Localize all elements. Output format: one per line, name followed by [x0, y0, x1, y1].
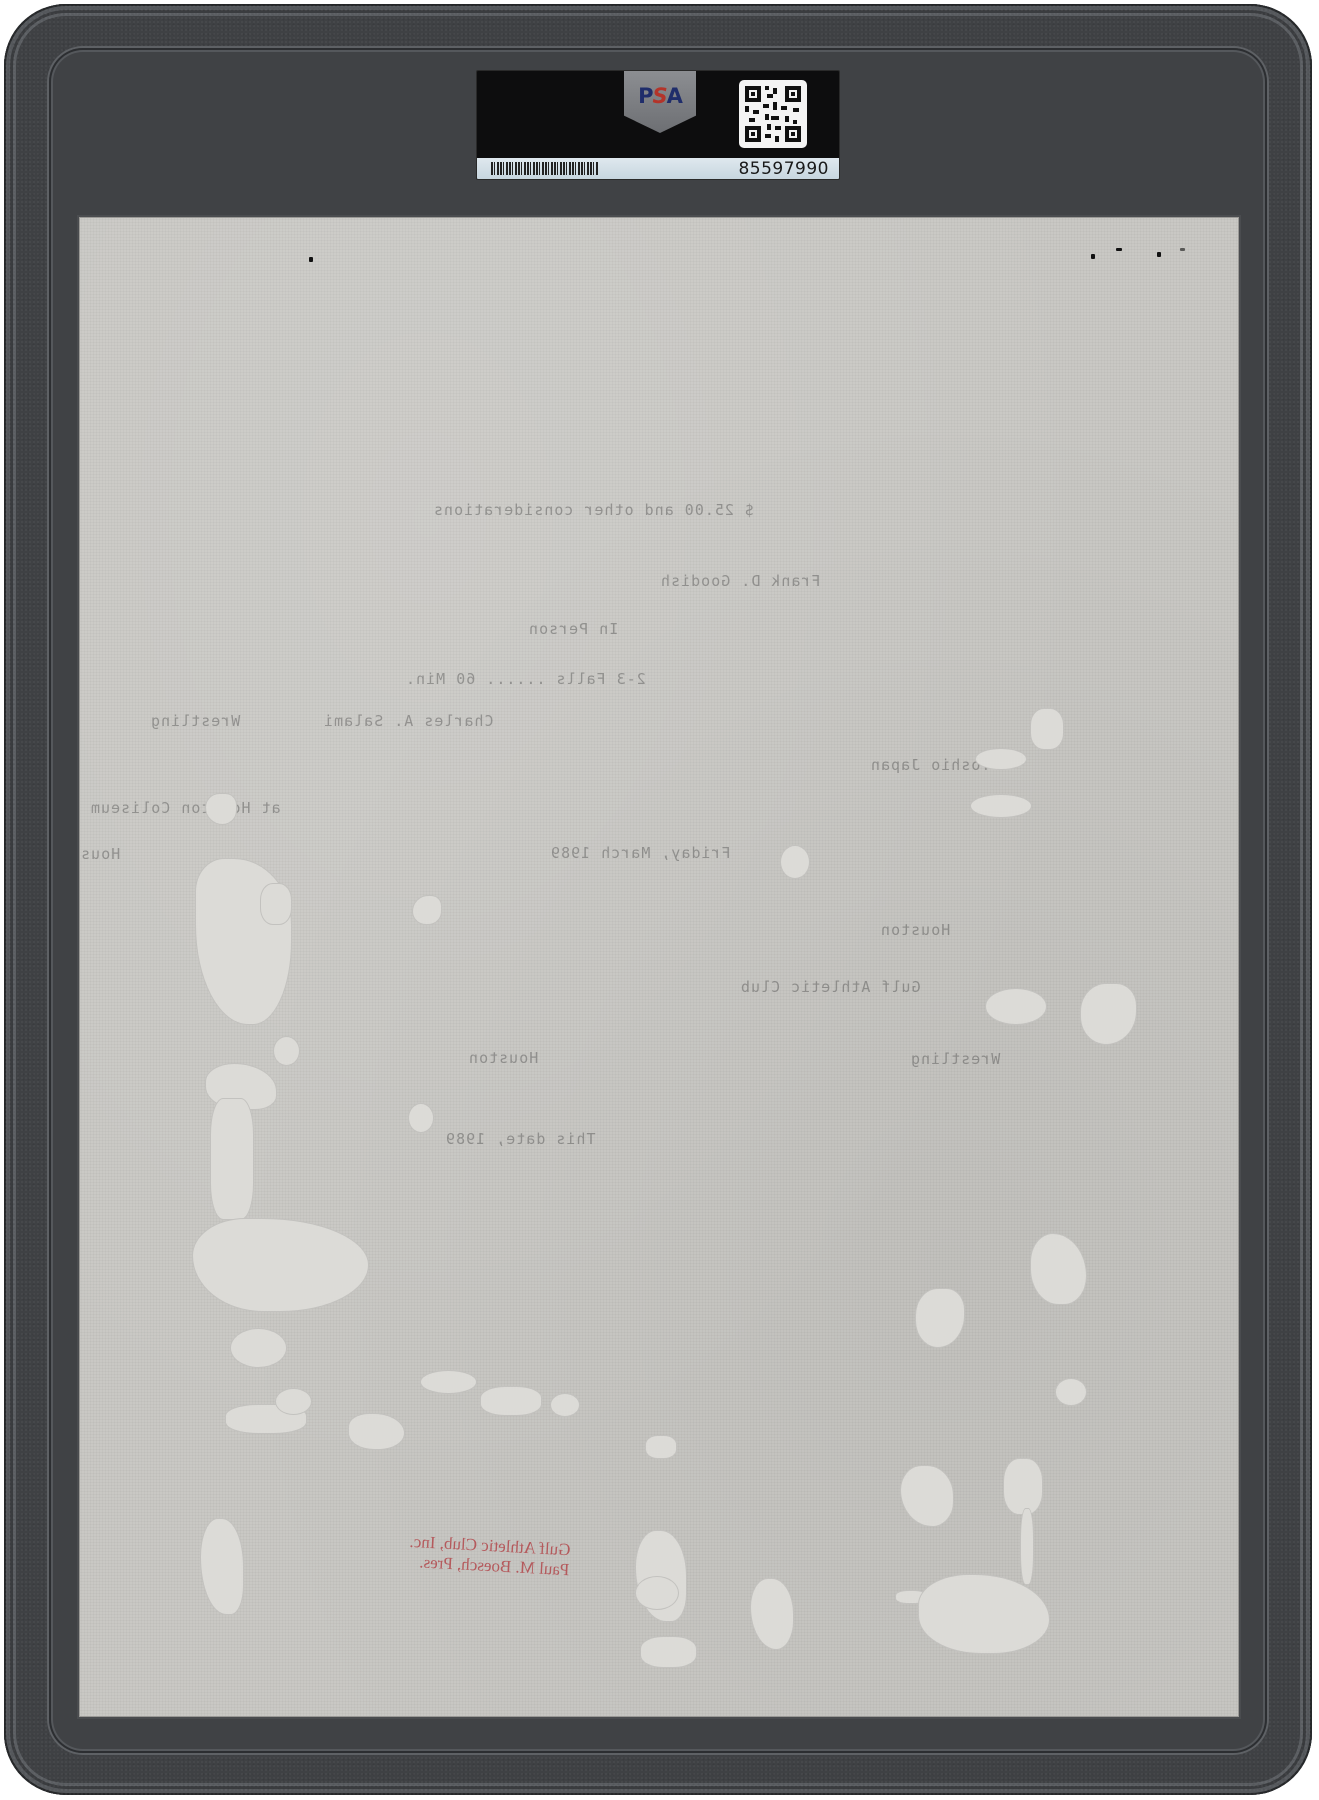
glue-stain: [750, 1578, 794, 1650]
ink-dot: [1116, 248, 1122, 251]
ink-dot: [1180, 248, 1185, 251]
ink-dot: [309, 257, 313, 262]
glue-stain: [1003, 1458, 1043, 1515]
bleed-text-line: Wrestling: [910, 1050, 1000, 1068]
barcode-icon: [491, 162, 599, 175]
glue-stain: [273, 1036, 300, 1066]
glue-stain: [645, 1435, 677, 1459]
bleed-text-line: Yoshio Japan: [870, 756, 990, 774]
glue-stain: [480, 1386, 542, 1416]
bleed-text-line: at Houston Coliseum: [90, 799, 281, 817]
glue-stain: [192, 1218, 369, 1312]
psa-logo-shield: PSA: [624, 71, 696, 133]
glue-stain: [780, 845, 810, 879]
bleed-text-line: Gulf Athletic Club: [740, 978, 921, 996]
glue-stain: [918, 1574, 1050, 1654]
glue-stain: [1030, 708, 1064, 750]
glue-stain: [260, 883, 292, 925]
ink-dot: [1157, 252, 1161, 257]
glue-stain: [420, 1370, 477, 1394]
bleed-text-line: This date, 1989: [445, 1130, 595, 1148]
glue-stain: [210, 1098, 254, 1220]
psa-label: PSA 85597990: [476, 70, 840, 180]
cert-number: 85597990: [738, 159, 829, 179]
glue-stain: [635, 1576, 679, 1610]
bleed-text-line: Charles A. Salami: [323, 712, 494, 730]
bleed-text-line: $ 25.00 and other considerations: [433, 501, 754, 519]
bleed-text-line: Houston: [80, 845, 120, 863]
bleed-text-line: Wrestling: [150, 712, 240, 730]
glue-stain: [275, 1388, 312, 1415]
club-stamp: Gulf Athletic Club, Inc. Paul M. Boesch,…: [329, 1528, 571, 1581]
glue-stain: [975, 748, 1027, 770]
glue-stain: [550, 1393, 580, 1417]
bleed-text-line: 2-3 Falls ...... 60 Min.: [405, 670, 646, 688]
glue-stain: [985, 988, 1047, 1025]
label-barcode-strip: 85597990: [477, 158, 839, 179]
glue-stain: [348, 1413, 405, 1450]
glue-stain: [970, 794, 1032, 818]
document-paper: $ 25.00 and other considerations Frank D…: [80, 218, 1238, 1716]
glue-stain: [900, 1465, 954, 1527]
glue-stain: [230, 1328, 287, 1368]
glue-stain: [915, 1288, 965, 1348]
psa-logo-icon: PSA: [624, 84, 696, 108]
bleed-text-line: Houston: [880, 921, 950, 939]
qr-code-icon[interactable]: [739, 80, 807, 148]
ink-dot: [1091, 254, 1095, 259]
glue-stain: [1055, 1378, 1087, 1406]
glue-stain: [1020, 1508, 1034, 1585]
glue-stain: [1080, 983, 1137, 1045]
bleed-text-line: In Person: [528, 620, 618, 638]
glue-stain: [200, 1518, 244, 1615]
bleed-text-line: Houston: [468, 1049, 538, 1067]
glue-stain: [205, 793, 237, 825]
bleed-text-line: Frank D. Goodish: [660, 572, 821, 590]
glue-stain: [408, 1103, 434, 1133]
glue-stain: [412, 895, 442, 925]
bleed-text-line: Friday, March 1989: [550, 844, 731, 862]
glue-stain: [1030, 1233, 1087, 1305]
glue-stain: [640, 1636, 697, 1668]
